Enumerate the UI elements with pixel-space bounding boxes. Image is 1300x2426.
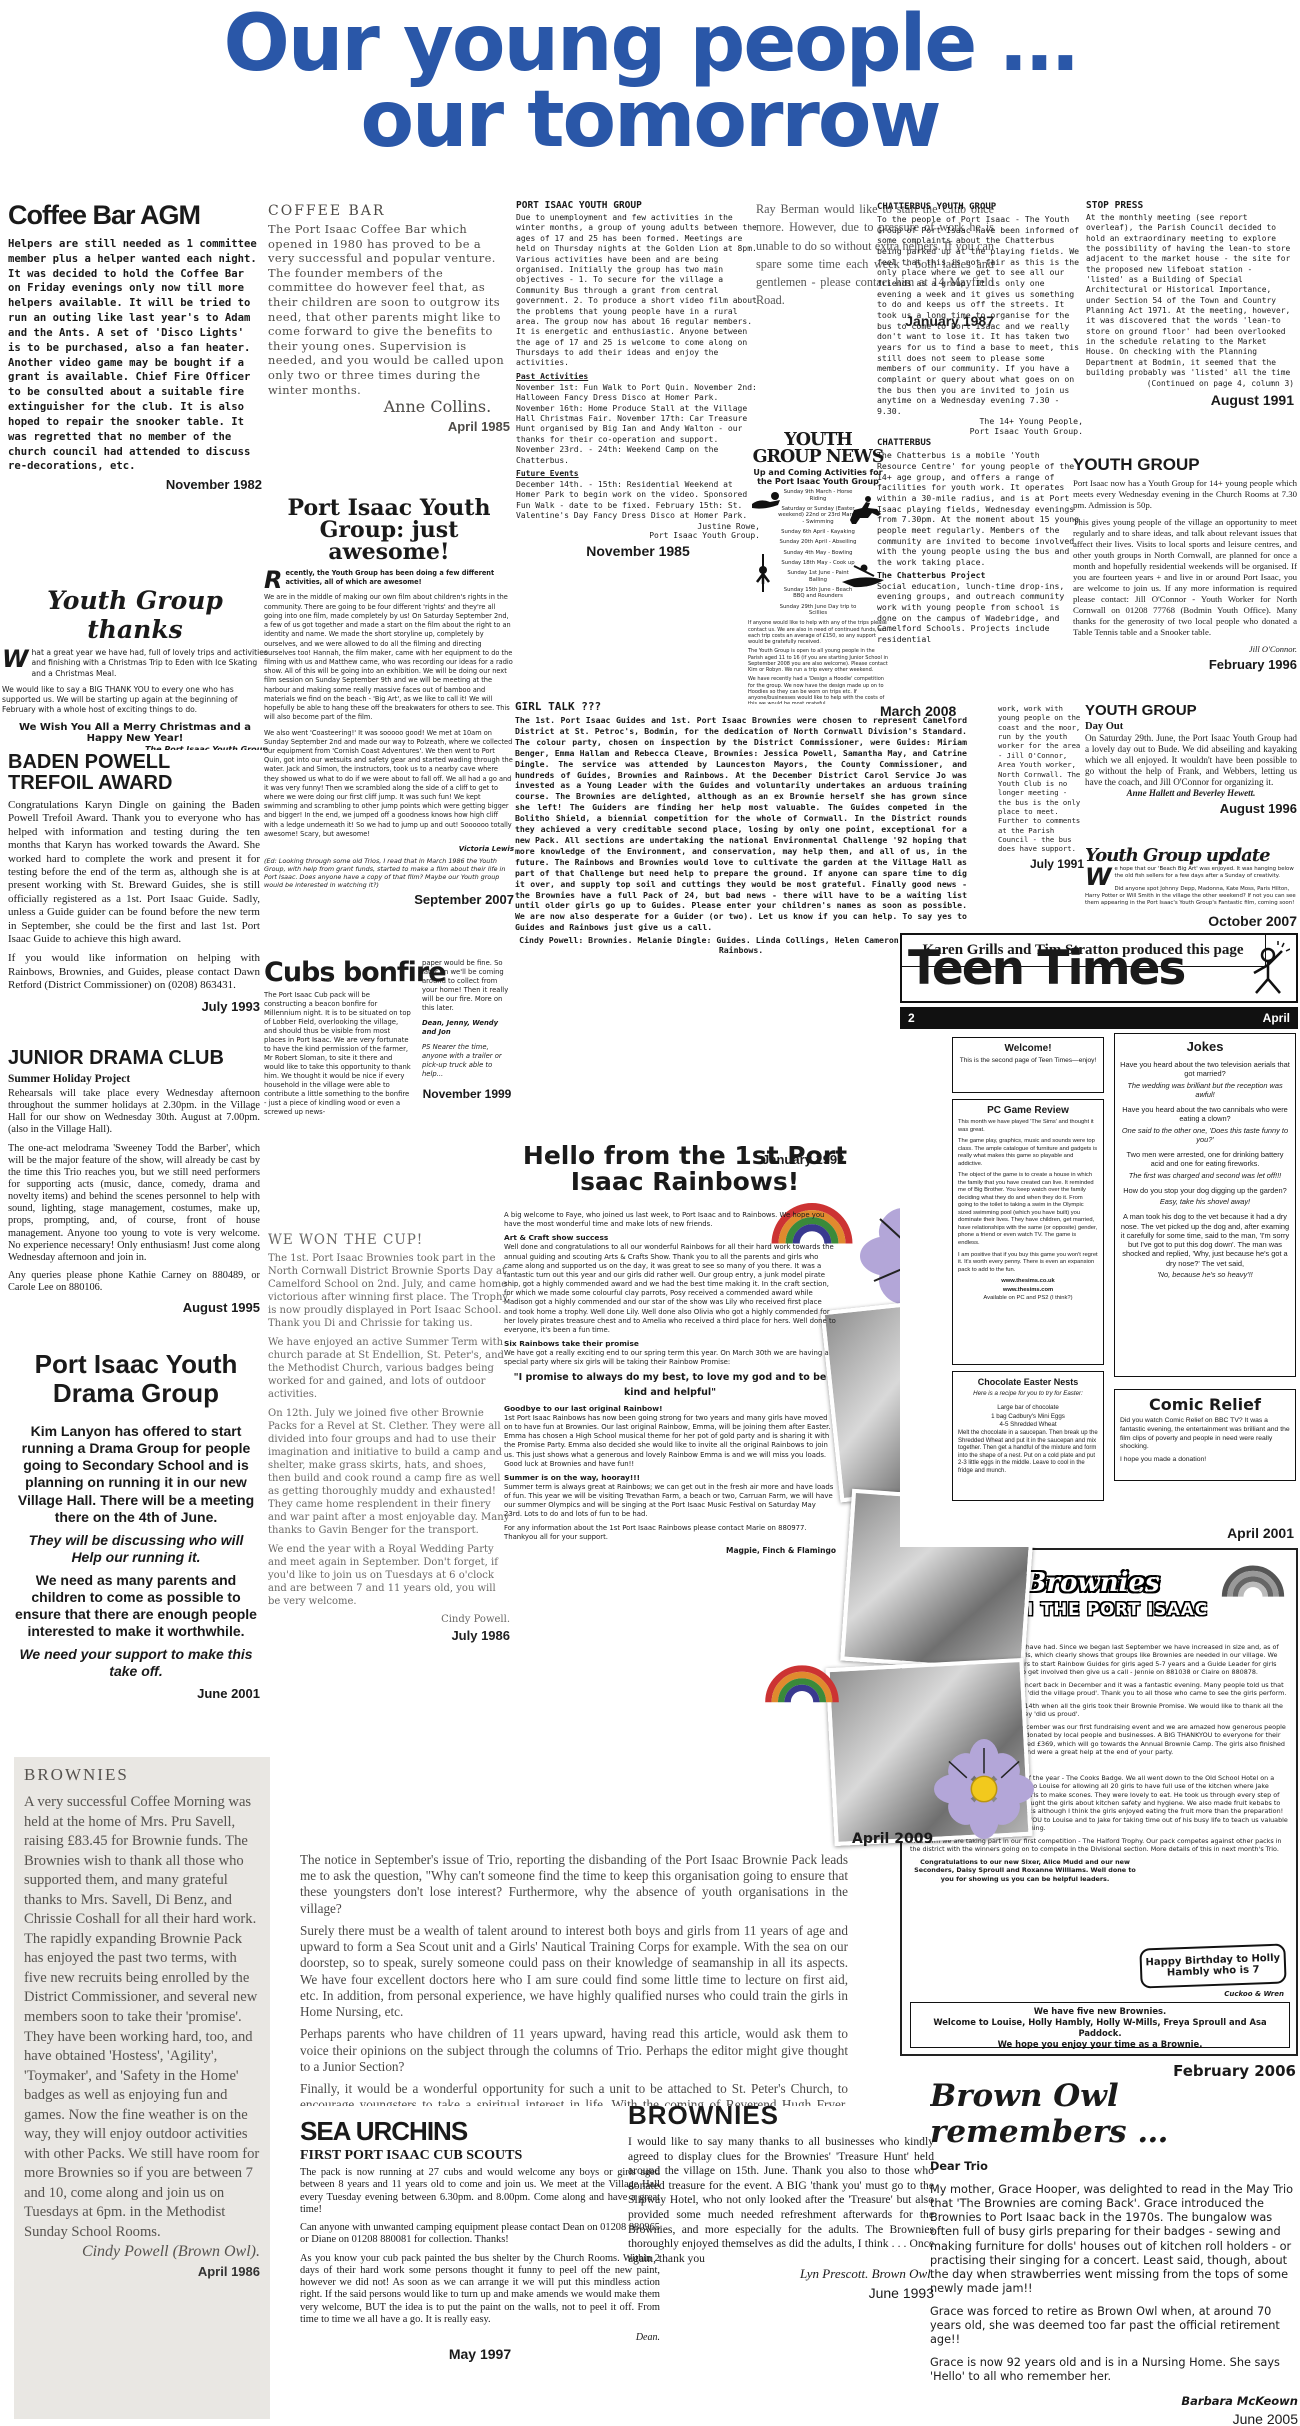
- signature: Cuckoo & Wren: [1224, 1990, 1284, 1998]
- paragraph: Surely there must be a wealth of talent …: [300, 1923, 848, 2020]
- sims-url: www.thesims.co.uk: [958, 1278, 1098, 1286]
- recipe-method: Melt the chocolate in a saucepan. Then b…: [958, 1430, 1098, 1475]
- clipping-body: Recently, the Youth Group has been doing…: [264, 569, 514, 839]
- paragraph: Kim Lanyon has offered to start running …: [12, 1423, 260, 1525]
- clipping-title: STOP PRESS: [1086, 200, 1294, 211]
- paragraph: My mother, Grace Hooper, was delighted t…: [930, 2183, 1298, 2296]
- joke-question: Have you heard about the two cannibals w…: [1120, 1105, 1290, 1124]
- notes: If anyone would like to help with any of…: [748, 620, 888, 704]
- paragraph: On 12th. July we joined five other Brown…: [268, 1407, 510, 1537]
- paragraph: The pack is now running at 27 cubs and w…: [300, 2167, 660, 2216]
- clipping-body: Congratulations Karyn Dingle on gaining …: [8, 799, 260, 993]
- paragraph: We also went 'Coasteering!' It was soooo…: [264, 729, 514, 840]
- clipping-title: YOUTH GROUP: [1085, 702, 1297, 719]
- clipping-title: CHATTERBUS YOUTH GROUP: [877, 202, 1083, 212]
- paragraph: Can anyone with unwanted camping equipme…: [300, 2222, 660, 2247]
- comic-relief-box: Comic Relief Did you watch Comic Relief …: [1114, 1389, 1296, 1481]
- clipping-body: The notice in September's issue of Trio,…: [300, 1852, 848, 2106]
- joke-answer: The wedding was brilliant but the recept…: [1120, 1081, 1290, 1100]
- clipping-we-won-the-cup: WE WON THE CUP! The 1st. Port Isaac Brow…: [268, 1232, 510, 1760]
- clipping-title: Port Isaac Youth Drama Group: [12, 1350, 260, 1407]
- paragraph: Did anyone spot Johnny Depp, Madonna, Ka…: [1085, 886, 1297, 907]
- clipping-body: At the monthly meeting (see report overl…: [1086, 213, 1294, 379]
- rainbow-icon: [1218, 1556, 1288, 1598]
- clipping-brown-owl-remembers: Brown Owl remembers … Dear Trio My mothe…: [930, 2078, 1298, 2426]
- clipping-youth-group-day-out: YOUTH GROUP Day Out On Saturday 29th. Ju…: [1085, 702, 1297, 842]
- clipping-date: April 2009: [852, 1831, 933, 1847]
- paragraph: We have got a really exciting end to our…: [504, 1349, 836, 1367]
- signature: Port Isaac Youth Group.: [877, 426, 1083, 436]
- paragraph: Grace was forced to retire as Brown Owl …: [930, 2305, 1298, 2347]
- joke-question: Have you heard about the two television …: [1120, 1060, 1290, 1079]
- rainbow-promise: "I promise to always do my best, to love…: [504, 1371, 836, 1400]
- list-item: This month we have played 'The Sims' and…: [958, 1119, 1098, 1134]
- clipping-body: What a great year we have had, full of l…: [2, 648, 268, 716]
- joke-answer: The first was charged and second was let…: [1120, 1171, 1290, 1180]
- paragraph: The one-act melodrama 'Sweeney Todd the …: [8, 1143, 260, 1264]
- paragraph: A big welcome to Faye, who joined us las…: [504, 1211, 836, 1229]
- section-heading: Six Rainbows take their promise: [504, 1339, 836, 1348]
- joke-question: A man took his dog to the vet because it…: [1120, 1212, 1290, 1268]
- clipping-body: Kim Lanyon has offered to start running …: [12, 1423, 260, 1680]
- welcome-box: Welcome! This is the second page of Teen…: [952, 1037, 1104, 1093]
- clipping-chatterbus-continued: work, work with young people on the coas…: [998, 704, 1084, 922]
- clipping-title: Youth Group thanks: [2, 586, 268, 644]
- line: We hope you enjoy your time as a Brownie…: [914, 2039, 1286, 2050]
- clipping-body: On Saturday 29th. June, the Port Isaac Y…: [1085, 733, 1297, 788]
- clipping-date: September 2007: [264, 892, 514, 907]
- clipping-date: August 1996: [1085, 801, 1297, 816]
- jokes-list: Have you heard about the two television …: [1120, 1060, 1290, 1279]
- clipping-body: Due to unemployment and few activities i…: [516, 213, 760, 369]
- list-item: Sunday 20th April - Abseiling: [778, 539, 858, 545]
- clipping-sea-urchins: SEA URCHINS FIRST PORT ISAAC CUB SCOUTS …: [300, 2116, 660, 2426]
- teen-times-page-bar: 2 April: [900, 1007, 1298, 1029]
- box-heading: Jokes: [1120, 1039, 1290, 1054]
- clipping-title: BROWNIES: [628, 2100, 934, 2131]
- clipping-date: November 1982: [8, 477, 262, 492]
- section-heading: Past Activities: [516, 372, 760, 381]
- box-heading: Comic Relief: [1120, 1395, 1290, 1414]
- list-item: The game play, graphics, music and sound…: [958, 1138, 1098, 1168]
- paragraph: We are in the middle of making our own f…: [264, 593, 514, 722]
- section-heading: Art & Craft show success: [504, 1233, 836, 1242]
- box-heading: PC Game Review: [958, 1105, 1098, 1116]
- clipping-date: May 1997: [300, 2346, 660, 2362]
- list-item: 4-5 Shredded Wheat: [958, 1421, 1098, 1429]
- clipping-title: PORT ISAAC YOUTH GROUP: [516, 200, 760, 211]
- list-item: Sunday 29th June Day trip to Scillies: [778, 604, 858, 617]
- clipping-title: YOUTH GROUP: [1073, 455, 1297, 475]
- clipping-body-right: paper would be fine. So later on we'll b…: [422, 959, 512, 1102]
- box-text: Did you watch Comic Relief on BBC TV? It…: [1120, 1417, 1290, 1452]
- clipping-date: August 1991: [1086, 392, 1294, 408]
- clipping-body: The Port Isaac Coffee Bar which opened i…: [268, 222, 510, 397]
- clipping-title: SEA URCHINS: [300, 2116, 660, 2147]
- list-item: The object of the game is to create a ho…: [958, 1172, 1098, 1247]
- paragraph: If you would like information on helping…: [8, 952, 260, 992]
- sims-url: www.thesims.com: [958, 1287, 1098, 1295]
- signature: Barbara McKeown: [930, 2394, 1298, 2408]
- clipping-date: June 2005: [930, 2411, 1298, 2426]
- clipping-title: COFFEE BAR: [268, 203, 510, 219]
- clipping-body: Dear Trio My mother, Grace Hooper, was d…: [930, 2160, 1298, 2385]
- box-heading: Chocolate Easter Nests: [958, 1377, 1098, 1387]
- paragraph: The notice in September's issue of Trio,…: [300, 1852, 848, 1917]
- paragraph: Well done and congratulations to all our…: [504, 1243, 836, 1335]
- clipping-body: A very successful Coffee Morning was hel…: [24, 1793, 260, 2243]
- clipping-title: YOUTH GROUP NEWS: [748, 432, 888, 465]
- list-item: Large bar of chocolate: [958, 1404, 1098, 1412]
- clipping-date: October 2007: [1085, 913, 1297, 929]
- rainbow-icon: [762, 1651, 842, 1707]
- clipping-youth-drama-group: Port Isaac Youth Drama Group Kim Lanyon …: [12, 1350, 260, 1750]
- swimmer-icon: [750, 490, 784, 512]
- clipping-stop-press: STOP PRESS At the monthly meeting (see r…: [1086, 200, 1294, 450]
- clipping-body: Social education, lunch-time drop-ins, e…: [877, 581, 1083, 645]
- box-text: This is the second page of Teen Times—en…: [958, 1057, 1098, 1064]
- signature: Jill O'Connor.: [1073, 644, 1297, 654]
- clipping-date: June 1993: [628, 2285, 934, 2301]
- clipping-title: JUNIOR DRAMA CLUB: [8, 1047, 260, 1070]
- clipping-title: BROWNIES: [24, 1765, 260, 1785]
- clipping-title: Brown Owl remembers …: [930, 2078, 1298, 2150]
- clipping-body: The Chatterbus is a mobile 'Youth Resour…: [877, 450, 1083, 567]
- paragraph: We have enjoyed an active Summer Term wi…: [268, 1336, 510, 1401]
- clipping-date: July 1986: [268, 1628, 510, 1643]
- clipping-body: We hope that our 'Beach Big Art' was enj…: [1085, 866, 1297, 907]
- paragraph: We end the year with a Royal Wedding Par…: [268, 1543, 510, 1608]
- signature: Dean, Jenny, Wendy and Jon: [422, 1019, 512, 1037]
- clipping-title: Coffee Bar AGM: [8, 200, 262, 231]
- signature: Victoria Lewis: [264, 845, 514, 853]
- list-item: 1 bag Cadbury's Mini Eggs: [958, 1413, 1098, 1421]
- clipping-subtitle: Up and Coming Activities for the Port Is…: [748, 468, 888, 486]
- clipping-subtitle: Day Out: [1085, 721, 1297, 732]
- future-events: December 14th. - 15th: Residential Weeke…: [516, 480, 760, 522]
- teen-times-page: Teen Times 2 April Welcome! This is the …: [900, 933, 1298, 1547]
- month-label: April: [1263, 1011, 1290, 1025]
- clipping-date: August 1995: [8, 1300, 260, 1315]
- paragraph: They will be discussing who will Help ou…: [12, 1532, 260, 1566]
- clipping-body: The pack is now running at 27 cubs and w…: [300, 2167, 660, 2326]
- christmas-wish: We Wish You All a Merry Christmas and a …: [2, 722, 268, 744]
- page-number: 2: [908, 1011, 915, 1025]
- clipping-date: July 1991: [998, 857, 1084, 871]
- clipping-junior-drama-club: JUNIOR DRAMA CLUB Summer Holiday Project…: [8, 1047, 260, 1347]
- line: Welcome to Louise, Holly Hambly, Holly W…: [914, 2017, 1286, 2039]
- clipping-body: Port Isaac now has a Youth Group for 14+…: [1073, 478, 1297, 638]
- paragraph: Rehearsals will take place every Wednesd…: [8, 1088, 260, 1137]
- ingredients: Large bar of chocolate1 bag Cadbury's Mi…: [958, 1404, 1098, 1429]
- clipping-body: The 1st. Port Isaac Guides and 1st. Port…: [515, 715, 967, 933]
- clipping-date: February 1996: [1073, 657, 1297, 672]
- clipping-date: April 2001: [1227, 1525, 1294, 1541]
- clipping-brownies-1993: BROWNIES I would like to say many thanks…: [628, 2100, 934, 2412]
- signature: Cindy Powell.: [268, 1614, 510, 1625]
- page-title: Our young people …our tomorrow: [0, 6, 1300, 159]
- list-item: Sunday 6th April - Kayaking: [778, 529, 858, 535]
- paragraph: Perhaps parents who have children of 11 …: [300, 2026, 848, 2075]
- clipping-date: March 2008: [880, 703, 980, 725]
- list-item: The Youth Group is open to all young peo…: [748, 648, 888, 673]
- section-heading: Goodbye to our last original Rainbow!: [504, 1404, 836, 1413]
- clipping-port-isaac-youth-group-1985: PORT ISAAC YOUTH GROUP Due to unemployme…: [516, 200, 760, 670]
- line: We have five new Brownies.: [914, 2006, 1286, 2017]
- paragraph: Congratulations Karyn Dingle on gaining …: [8, 799, 260, 946]
- list-item: If anyone would like to help with any of…: [748, 620, 888, 645]
- paragraph: paper would be fine. So later on we'll b…: [422, 959, 512, 1013]
- past-activities: November 1st: Fun Walk to Port Quin. Nov…: [516, 383, 760, 466]
- box-heading: Welcome!: [958, 1043, 1098, 1054]
- clipping-subtitle: FIRST PORT ISAAC CUB SCOUTS: [300, 2148, 660, 2164]
- review-paragraphs: This month we have played 'The Sims' and…: [958, 1119, 1098, 1274]
- signature: Magpie, Finch & Flamingo: [504, 1546, 836, 1556]
- paragraph: Summer term is always great at Rainbows;…: [504, 1483, 836, 1520]
- signature: Justine Rowe,: [516, 522, 760, 531]
- paragraph: Recently, the Youth Group has been doing…: [264, 569, 514, 587]
- clipping-title: WE WON THE CUP!: [268, 1232, 510, 1248]
- congratulations: Congratulations to our new Sixer, Alice …: [910, 1858, 1140, 1883]
- clipping-youth-group-1996: YOUTH GROUP Port Isaac now has a Youth G…: [1073, 455, 1297, 700]
- paragraph: We hope that our 'Beach Big Art' was enj…: [1085, 866, 1297, 880]
- paragraph: Any queries please phone Kathie Carney o…: [8, 1270, 260, 1294]
- paragraph: As you know your cub pack painted the bu…: [300, 2253, 660, 2327]
- clipping-coffee-bar-agm: Coffee Bar AGM Helpers are still needed …: [8, 200, 262, 584]
- recipe-intro: Here is a recipe for you to try for East…: [958, 1390, 1098, 1398]
- clipping-baden-powell-award: BADEN POWELL TREFOIL AWARD Congratulatio…: [8, 752, 260, 1045]
- paragraph: Grace is now 92 years old and is in a Nu…: [930, 2356, 1298, 2384]
- clipping-body: To the people of Port Isaac - The Youth …: [877, 214, 1083, 416]
- jokes-box: Jokes Have you heard about the two telev…: [1114, 1033, 1296, 1377]
- joke-answer: Easy, take his shovel away!: [1120, 1197, 1290, 1206]
- availability-note: Available on PC and PS2 (I think?): [958, 1295, 1098, 1303]
- new-brownies-box: We have five new Brownies. Welcome to Lo…: [910, 2002, 1290, 2048]
- clipping-cubs-bonfire: Cubs bonfire The Port Isaac Cub pack wil…: [264, 957, 514, 1171]
- signature: Lyn Prescott. Brown Owl.: [628, 2266, 934, 2282]
- clipping-chatterbus-youth-group: CHATTERBUS YOUTH GROUP To the people of …: [877, 200, 1083, 702]
- clipping-body: Helpers are still needed as 1 committee …: [8, 237, 262, 474]
- flower-icon: [928, 1739, 1040, 1839]
- clipping-title: BADEN POWELL TREFOIL AWARD: [8, 752, 260, 794]
- contact-note: For any information about the 1st Port I…: [504, 1524, 836, 1542]
- section-heading: The Chatterbus Project: [877, 570, 1083, 580]
- birthday-box: Happy Birthday to Holly Hambly who is 7: [1139, 1943, 1286, 1988]
- clipping-title: Youth Group update: [1085, 845, 1297, 866]
- clipping-body: The 1st. Port Isaac Brownies took part i…: [268, 1252, 510, 1608]
- section-heading: Future Events: [516, 469, 760, 478]
- box-text: I hope you made a donation!: [1120, 1456, 1290, 1465]
- continuation-note: (Continued on page 4, column 3): [1086, 379, 1294, 389]
- masthead-title: Teen Times: [908, 941, 1184, 996]
- clipping-youth-group-thanks: Youth Group thanks What a great year we …: [2, 586, 268, 750]
- clipping-body: work, work with young people on the coas…: [998, 704, 1084, 854]
- paragraph: The 1st. Port Isaac Brownies took part i…: [268, 1252, 510, 1330]
- signature: Anne Hallett and Beverley Hewett.: [1085, 788, 1297, 798]
- clipping-date: June 2001: [12, 1686, 260, 1701]
- section-heading: Summer is on the way, hooray!!!: [504, 1473, 836, 1482]
- joke-answer: One said to the other one, 'Does this ta…: [1120, 1126, 1290, 1145]
- clipping-title: CHATTERBUS: [877, 438, 1083, 448]
- joke-question: Two men were arrested, one for drinking …: [1120, 1150, 1290, 1169]
- salutation: Dear Trio: [930, 2160, 1298, 2174]
- postscript: PS Nearer the time, anyone with a traile…: [422, 1043, 512, 1079]
- signature: The 14+ Young People,: [877, 416, 1083, 426]
- joke-question: How do you stop your dog digging up the …: [1120, 1186, 1290, 1195]
- teen-times-masthead: Teen Times: [900, 933, 1298, 1003]
- editor-note: (Ed: Looking through some old Trios, I r…: [264, 857, 514, 889]
- chocolate-easter-nests-box: Chocolate Easter Nests Here is a recipe …: [952, 1371, 1104, 1501]
- clipping-date: April 1986: [24, 2264, 260, 2279]
- clipping-coffee-bar-1985: COFFEE BAR The Port Isaac Coffee Bar whi…: [268, 203, 510, 495]
- signature: Port Isaac Youth Group.: [516, 531, 760, 540]
- signature: The Port Isaac Youth Group: [2, 745, 268, 751]
- clipping-brownies-1986: BROWNIES A very successful Coffee Mornin…: [14, 1757, 270, 2419]
- clipping-body: I would like to say many thanks to all b…: [628, 2135, 934, 2266]
- signature: Cindy Powell (Brown Owl).: [24, 2243, 260, 2261]
- clipping-date: April 1985: [268, 419, 510, 434]
- signature: Dean.: [300, 2332, 660, 2343]
- signature: Anne Collins.: [365, 397, 510, 416]
- clipping-date: November 1999: [422, 1087, 512, 1103]
- abseiler-icon: [752, 554, 774, 594]
- clipping-trio-notice-1984: The notice in September's issue of Trio,…: [300, 1852, 848, 2106]
- pc-game-review-box: PC Game Review This month we have played…: [952, 1099, 1104, 1365]
- paragraph: 1st Port Isaac Rainbows has now been goi…: [504, 1414, 836, 1469]
- paragraph: What a great year we have had, full of l…: [2, 648, 268, 679]
- clipping-youth-group-update: Youth Group update We hope that our 'Bea…: [1085, 845, 1297, 933]
- clipping-body: A big welcome to Faye, who joined us las…: [504, 1211, 836, 1560]
- clipping-body: Rehearsals will take place every Wednesd…: [8, 1088, 260, 1294]
- paragraph: Port Isaac now has a Youth Group for 14+…: [1073, 478, 1297, 511]
- page-title-line2: our tomorrow: [360, 75, 939, 165]
- joke-answer: 'No, because he's so heavy'!!: [1120, 1270, 1290, 1279]
- paragraph: This gives young people of the village a…: [1073, 517, 1297, 638]
- stick-figure-icon: [1242, 939, 1290, 997]
- list-item: I am positive that if you buy this game …: [958, 1252, 1098, 1275]
- clipping-date: November 1985: [516, 543, 760, 559]
- list-item: Sunday 4th May - Bowling: [778, 550, 858, 556]
- paragraph: We would like to say a BIG THANK YOU to …: [2, 685, 268, 716]
- clipping-youth-group-news: YOUTH GROUP NEWS Up and Coming Activitie…: [748, 432, 888, 704]
- clipping-subtitle: Summer Holiday Project: [8, 1073, 260, 1085]
- clipping-youth-group-just-awesome: Port Isaac Youth Group: just awesome! Re…: [264, 497, 514, 955]
- paragraph: We need your support to make this take o…: [12, 1646, 260, 1680]
- clipping-title: Port Isaac Youth Group: just awesome!: [264, 497, 514, 563]
- paragraph: We need as many parents and children to …: [12, 1572, 260, 1640]
- clipping-date: July 1993: [8, 999, 260, 1014]
- clipping-body-left: The Port Isaac Cub pack will be construc…: [264, 991, 412, 1117]
